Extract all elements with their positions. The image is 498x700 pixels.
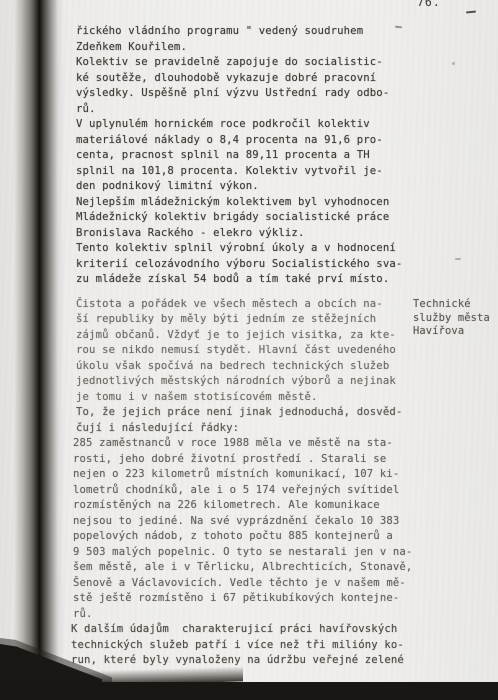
text-line: rou se nikdo nemusí stydět. Hlavní část …: [76, 343, 416, 359]
paragraph: V uplynulém hornickém roce podkročil kol…: [76, 117, 416, 195]
text-line: výsledky. Uspěšně plní výzvu Ustřední ra…: [76, 86, 416, 102]
text-line: je tomu i v našem stotisícovém městě.: [76, 390, 416, 406]
text-line: šem městě, ale i v Těrlicku, Albrechticí…: [73, 560, 416, 576]
text-line: čují i následující řádky:: [76, 421, 416, 437]
scanned-page: { "colors":{ "paper":"#efeeec", "ink":"#…: [0, 0, 498, 700]
text-line: kriterií celozávodního výboru Socialisti…: [76, 257, 416, 273]
text-line: nejsou to jediné. Na své vyprázdnění ček…: [73, 514, 416, 530]
text-line: Mládežnický kolektiv brigády socialistic…: [76, 210, 416, 226]
text-line: Zdeňkem Kouřilem.: [76, 40, 416, 56]
paragraph: Tento kolektiv splnil výrobní úkoly a v …: [76, 241, 416, 288]
text-line: zu mládeže získal 54 bodů a tím také prv…: [76, 272, 416, 288]
text-line: V uplynulém hornickém roce podkročil kol…: [76, 117, 416, 133]
margin-note-line: služby města: [413, 312, 490, 326]
text-line: jednotlivých městských národních výborů …: [76, 374, 416, 390]
text-line: Šenově a Václavovicích. Vedle těchto je …: [73, 576, 416, 592]
bottom-scan-band: [0, 682, 498, 700]
text-line: rozmístěných na 226 kilometrech. Ale kom…: [73, 498, 416, 514]
text-line: rů.: [73, 607, 416, 623]
text-line: rů.: [76, 102, 416, 118]
paragraph: 285 zaměstnanců v roce 1988 měla ve měst…: [73, 436, 416, 622]
text-line: 9 503 malých popelnic. O tyto se nestara…: [73, 545, 416, 561]
text-line: popelových nádob, z tohoto počtu 885 kon…: [73, 529, 416, 545]
text-line: lometrů chodníků, ale i o 5 174 veřejnýc…: [73, 483, 416, 499]
text-line: Bronislava Rackého - elekro výkliz.: [76, 226, 416, 242]
text-line: den podnikový limitní výkon.: [76, 179, 416, 195]
text-line: Nejlepším mládežnickým kolektivem byl vy…: [76, 195, 416, 211]
text-line: 285 zaměstnanců v roce 1988 měla ve měst…: [73, 436, 416, 452]
paragraph: To, že jejich práce není jinak jednoduch…: [76, 405, 416, 436]
scan-speck-dash-2: [455, 258, 461, 260]
text-line: Kolektiv se pravidelně zapojuje do socia…: [76, 55, 416, 71]
text-line: Tento kolektiv splnil výrobní úkoly a v …: [76, 241, 416, 257]
margin-note: Technické služby města Havířova: [413, 298, 490, 339]
paragraph: K dalším údajům charakterujicí práci hav…: [71, 622, 416, 669]
binding-shadow: [14, 0, 64, 700]
text-line: centa, pracnost splnil na 89,11 procenta…: [76, 148, 416, 164]
text-line: řického vládního programu " vedený soudr…: [76, 24, 416, 40]
text-line: ší republiky by měly býti jedním ze stěž…: [76, 312, 416, 328]
text-line: úkolu však spočívá na bedrech technickýc…: [76, 359, 416, 375]
typewritten-text: řického vládního programu " vedený soudr…: [76, 24, 416, 669]
paragraph: Čistota a pořádek ve všech městech a obc…: [76, 297, 416, 406]
scan-speck-dot: [452, 62, 455, 65]
paragraph: Kolektiv se pravidelně zapojuje do socia…: [76, 55, 416, 117]
text-line: To, že jejich práce není jinak jednoduch…: [76, 405, 416, 421]
paragraph: řického vládního programu " vedený soudr…: [76, 24, 416, 55]
text-line: Čistota a pořádek ve všech městech a obc…: [76, 297, 416, 313]
text-line: K dalším údajům charakterujicí práci hav…: [71, 622, 416, 638]
text-line: technických služeb patří i více než tři …: [71, 638, 416, 654]
paragraph: Nejlepším mládežnickým kolektivem byl vy…: [76, 195, 416, 242]
margin-note-line: Havířova: [413, 325, 490, 339]
text-line: materiálové náklady o 8,4 procenta na 91…: [76, 133, 416, 149]
margin-note-line: Technické: [413, 298, 490, 312]
text-line: nejen o 223 kilometrů místních komunikac…: [73, 467, 416, 483]
text-line: rosti, jeho dobré životní prostředí . St…: [73, 452, 416, 468]
text-line: ké soutěže, dlouhodobě vykazuje dobré pr…: [76, 71, 416, 87]
page-number: 76.: [417, 0, 441, 9]
scan-speck-dash: [466, 10, 476, 13]
text-line: zájmů občanů. Vždyť je to jejich visitka…: [76, 328, 416, 344]
text-line: splnil na 101,8 procenta. Kolektiv vytvo…: [76, 164, 416, 180]
text-line: run, které byly vynaloženy na údržbu veř…: [71, 653, 416, 669]
text-line: stě ještě rozmístěno i 67 pětikubíkových…: [73, 591, 416, 607]
